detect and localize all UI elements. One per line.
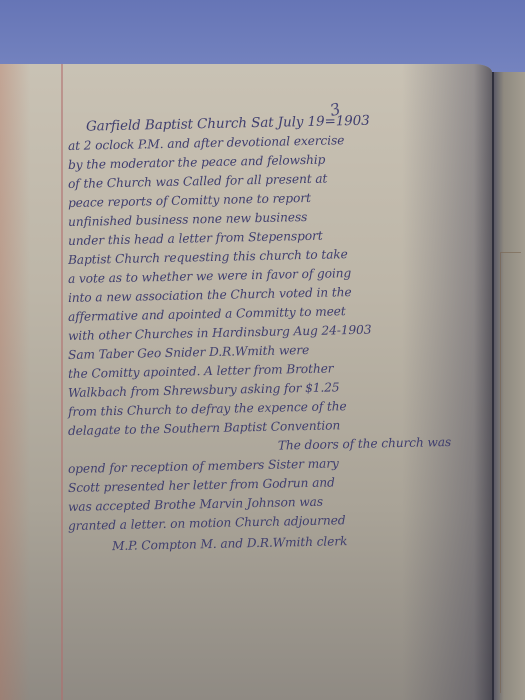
minutes-text: Garfield Baptist Church Sat July 19=1903… [68,118,478,557]
page-fold [500,252,521,693]
adjacent-page-edge [492,72,525,700]
margin-rule [61,64,63,700]
